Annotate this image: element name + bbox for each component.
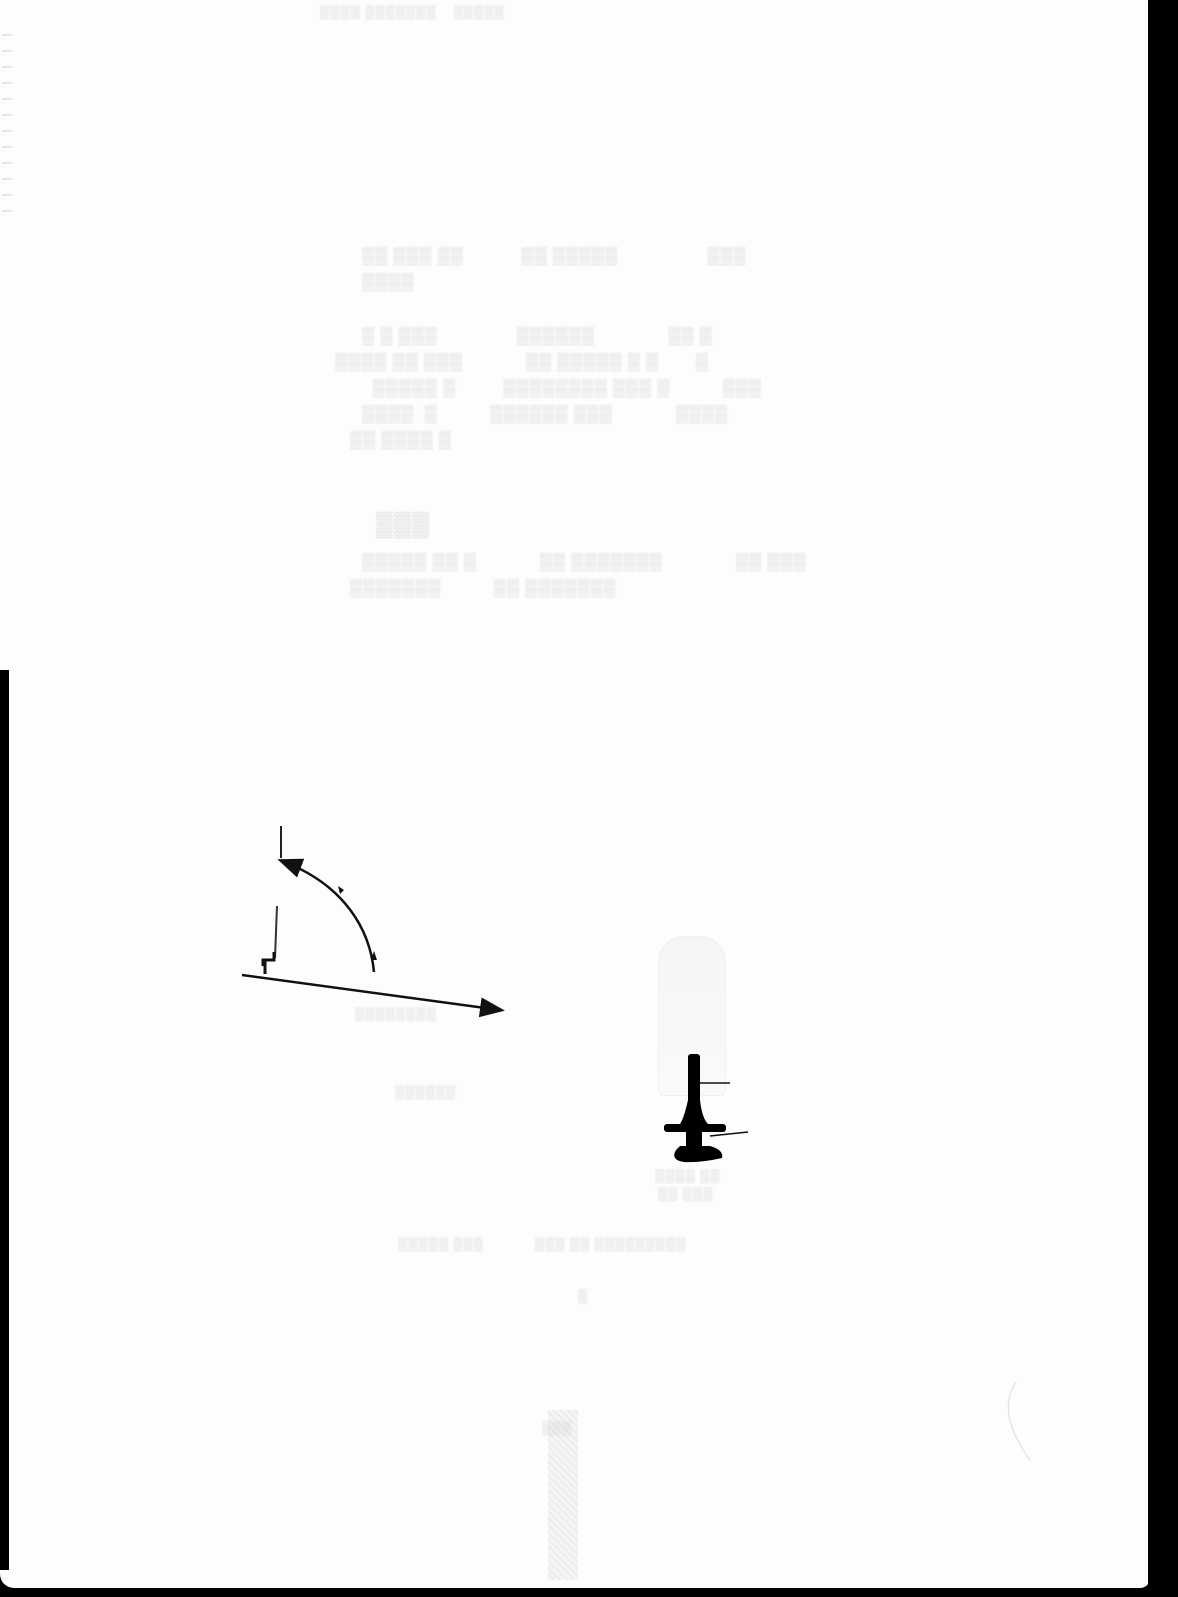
faint-curve xyxy=(0,0,1150,1588)
footer-mark: ▒▒▒ xyxy=(542,1420,573,1436)
scanned-page: ▒▒▒▒ ▒▒▒▒▒▒▒ ▒▒▒▒▒ ▒▒ ▒▒▒ ▒▒ ▒▒ ▒▒▒▒▒ ▒▒… xyxy=(0,0,1150,1588)
scan-edge-right xyxy=(1148,0,1178,1597)
scan-edge-left xyxy=(0,670,9,1570)
